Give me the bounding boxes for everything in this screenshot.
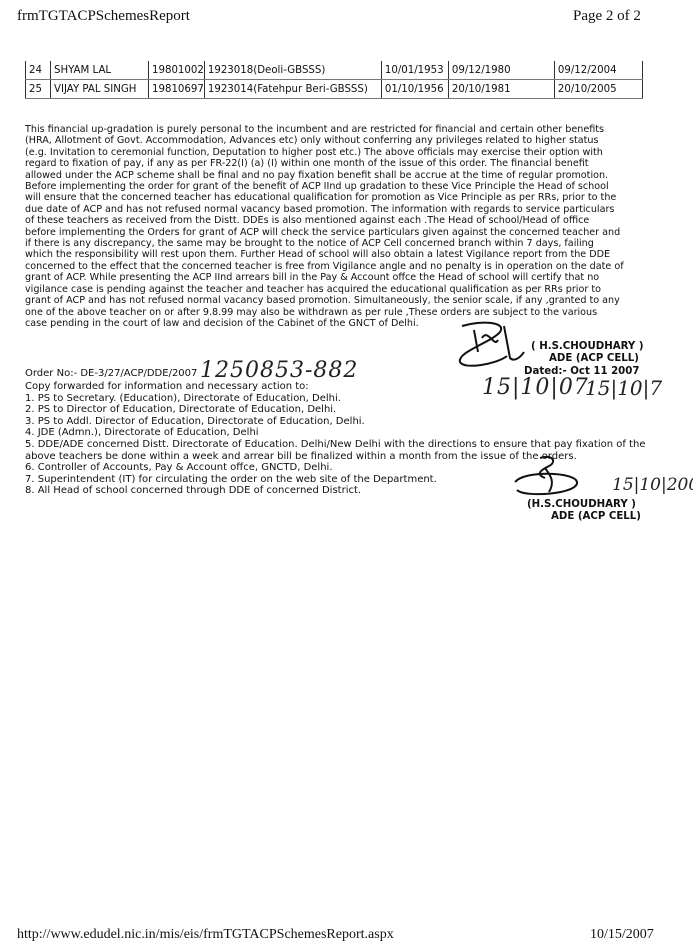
paragraph-line: of these teachers as received from the D… [25, 215, 665, 226]
table-row: 25VIJAY PAL SINGH198106971923014(Fatehpu… [26, 80, 643, 99]
recipient-item: 2. PS to Director of Education, Director… [25, 404, 645, 416]
page-url: http://www.edudel.nic.in/mis/eis/frmTGTA… [17, 927, 394, 943]
date-of-birth-cell: 10/01/1953 [381, 61, 448, 80]
teacher-name-cell: SHYAM LAL [51, 61, 149, 80]
acp-date-cell: 20/10/2005 [554, 80, 642, 99]
recipient-item: 5. DDE/ADE concerned Distt. Directorate … [25, 439, 645, 451]
paragraph-line: case pending in the court of law and dec… [25, 318, 665, 329]
paragraph-line: (e.g. Invitation to ceremonial function,… [25, 147, 665, 158]
paragraph-line: (HRA, Allotment of Govt. Accommodation, … [25, 135, 665, 146]
serial-number-cell: 25 [26, 80, 51, 99]
signatory-name: (H.S.CHOUDHARY ) [527, 499, 636, 510]
order-number: Order No:- DE-3/27/ACP/DDE/2007 [25, 368, 197, 379]
handwritten-date: 15|10|2007 [612, 475, 693, 495]
signatory-designation: ADE (ACP CELL) [549, 353, 639, 364]
paragraph-line: before implementing the Orders for grant… [25, 227, 665, 238]
paragraph-line: grant of ACP. While presenting the ACP I… [25, 272, 665, 283]
serial-number-cell: 24 [26, 61, 51, 80]
paragraph-line: one of the above teacher on or after 9.8… [25, 307, 665, 318]
copy-forwarded-heading: Copy forwarded for information and neces… [25, 381, 645, 393]
recipient-item: 3. PS to Addl. Director of Education, Di… [25, 416, 645, 428]
page-number: Page 2 of 2 [573, 8, 641, 25]
employee-id-cell: 19810697 [149, 80, 205, 99]
date-of-joining-cell: 20/10/1981 [448, 80, 554, 99]
date-of-birth-cell: 01/10/1956 [381, 80, 448, 99]
paragraph-line: vigilance case is pending against the te… [25, 284, 665, 295]
paragraph-line: due date of ACP and has not refused norm… [25, 204, 665, 215]
teacher-name-cell: VIJAY PAL SINGH [51, 80, 149, 99]
paragraph-line: if there is any discrepancy, the same ma… [25, 238, 665, 249]
print-date: 10/15/2007 [590, 927, 654, 943]
date-of-joining-cell: 09/12/1980 [448, 61, 554, 80]
paragraph-line: concerned to the effect that the concern… [25, 261, 665, 272]
paragraph-line: This financial up-gradation is purely pe… [25, 124, 665, 135]
signature-scribble [452, 318, 537, 370]
table-row: 24SHYAM LAL198010021923018(Deoli-GBSSS)1… [26, 61, 643, 80]
recipient-item: 4. JDE (Admn.), Directorate of Education… [25, 427, 645, 439]
report-title: frmTGTACPSchemesReport [17, 8, 190, 25]
paragraph-line: Before implementing the order for grant … [25, 181, 665, 192]
acp-date-cell: 09/12/2004 [554, 61, 642, 80]
recipient-item: 1. PS to Secretary. (Education), Directo… [25, 393, 645, 405]
paragraph-line: will ensure that the concerned teacher h… [25, 192, 665, 203]
paragraph-line: which the responsibility will rest upon … [25, 249, 665, 260]
signature-scribble [505, 452, 585, 500]
paragraph-line: regard to fixation of pay, if any as per… [25, 158, 665, 169]
signatory-designation: ADE (ACP CELL) [551, 511, 641, 522]
school-cell: 1923018(Deoli-GBSSS) [204, 61, 381, 80]
school-cell: 1923014(Fatehpur Beri-GBSSS) [204, 80, 381, 99]
order-body-paragraph: This financial up-gradation is purely pe… [25, 124, 665, 329]
paragraph-line: allowed under the ACP scheme shall be fi… [25, 170, 665, 181]
paragraph-line: grant of ACP and has not refused normal … [25, 295, 665, 306]
teacher-records-table: 24SHYAM LAL198010021923018(Deoli-GBSSS)1… [25, 61, 643, 99]
employee-id-cell: 19801002 [149, 61, 205, 80]
signatory-name: ( H.S.CHOUDHARY ) [531, 341, 643, 352]
handwritten-dispatch-number: 1250853-882 [200, 358, 358, 383]
